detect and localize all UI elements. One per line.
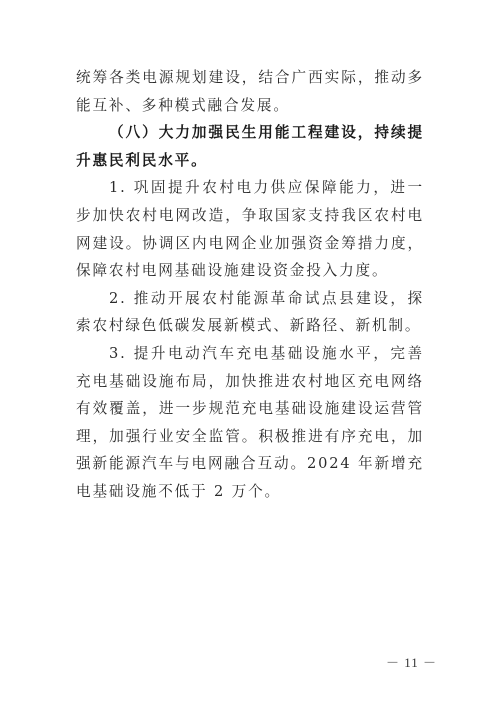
document-page: 统筹各类电源规划建设，结合广西实际，推动多能互补、多种模式融合发展。 （八）大力…: [76, 64, 424, 506]
list-item-3: 3. 提升电动汽车充电基础设施水平，完善充电基础设施布局，加快推进农村地区充电网…: [76, 340, 424, 506]
page-number: － 11 －: [386, 652, 437, 671]
paragraph-continuation: 统筹各类电源规划建设，结合广西实际，推动多能互补、多种模式融合发展。: [76, 64, 424, 119]
section-heading: （八）大力加强民生用能工程建设，持续提升惠民利民水平。: [76, 119, 424, 174]
list-item-2: 2. 推动开展农村能源革命试点县建设，探索农村绿色低碳发展新模式、新路径、新机制…: [76, 285, 424, 340]
list-item-1: 1. 巩固提升农村电力供应保障能力，进一步加快农村电网改造，争取国家支持我区农村…: [76, 174, 424, 284]
